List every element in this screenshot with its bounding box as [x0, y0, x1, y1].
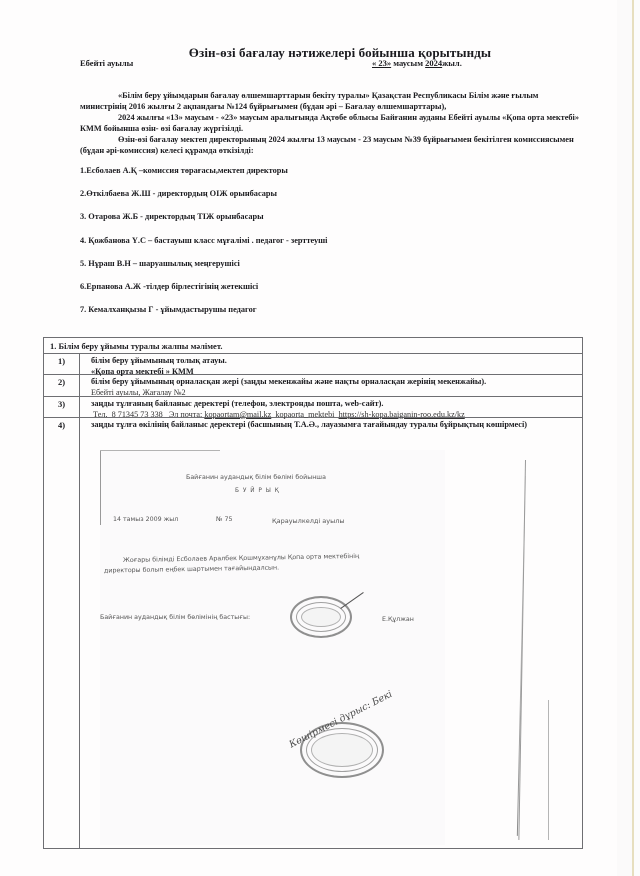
- row-number: 1): [44, 354, 80, 374]
- document-date: « 23» маусым 2024жыл.: [372, 58, 462, 68]
- signature-stroke: [340, 592, 364, 609]
- row-question: заңды тұлғаның байланыс деректері (телеф…: [91, 399, 577, 410]
- row-question: заңды тұлға өкілінің байланыс деректері …: [91, 420, 577, 431]
- table-header-row: 1. Білім беру ұйымы туралы жалпы мәлімет…: [44, 338, 582, 354]
- order-doc-type: Б У Й Р Ы Қ: [235, 488, 280, 494]
- commission-member: 2.Өткілбаева Ж.Ш - директордың ОІЖ орынб…: [80, 189, 277, 198]
- page-margin: [634, 0, 640, 876]
- row-content: заңды тұлғаның байланыс деректері (телеф…: [80, 397, 582, 417]
- official-seal-icon: [290, 596, 352, 638]
- row-number: 3): [44, 397, 80, 417]
- intro-text-3: Өзін-өзі бағалау мектеп директорының 202…: [80, 135, 574, 155]
- village-name: Ебейті ауылы: [80, 58, 133, 68]
- table-row: 2) білім беру ұйымының орналасқан жері (…: [44, 375, 582, 397]
- table-header: 1. Білім беру ұйымы туралы жалпы мәлімет…: [44, 338, 582, 354]
- table-row: 3) заңды тұлғаның байланыс деректері (те…: [44, 397, 582, 418]
- order-place: Қарауылкелді ауылы: [272, 517, 345, 525]
- scan-frame: [100, 450, 101, 525]
- intro-text-1: «Білім беру ұйымдарын бағалау өлшемшартт…: [80, 91, 538, 111]
- order-body-line-2: директоры болып еңбек шартымен тағайында…: [104, 564, 279, 574]
- row-number: 4): [44, 418, 80, 848]
- row-question: білім беру ұйымының толық атауы.: [91, 356, 577, 367]
- commission-member: 1.Есболаев А.Қ –комиссия төрағасы,мектеп…: [80, 166, 288, 175]
- commission-member: 6.Ерпанова А.Ж -тілдер бірлестігінің жет…: [80, 282, 258, 291]
- table-row: 1) білім беру ұйымының толық атауы. «Қоп…: [44, 354, 582, 375]
- row-content: білім беру ұйымының толық атауы. «Қопа о…: [80, 354, 582, 374]
- order-body-line-1: Жоғары білімді Есболаев Аралбек Қошмұхан…: [123, 553, 359, 564]
- order-number: № 75: [216, 516, 233, 523]
- order-date: 14 тамыз 2009 жыл: [113, 516, 178, 523]
- scan-frame: [100, 450, 220, 451]
- intro-text-2: 2024 жылғы «13» маусым - «23» маусым ара…: [80, 113, 579, 133]
- row-question: білім беру ұйымының орналасқан жері (заң…: [91, 377, 577, 388]
- order-department: Байғанин аудандық білім бөлімі бойынша: [186, 474, 326, 481]
- page-border: [617, 0, 634, 876]
- order-signatory-title: Байғанин аудандық білім бөлімінің бастығ…: [100, 614, 250, 621]
- row-number: 2): [44, 375, 80, 396]
- commission-member: 5. Нұраш В.Н – шаруашылық меңгерушісі: [80, 259, 240, 268]
- date-day: « 23»: [372, 58, 391, 68]
- commission-member: 3. Отарова Ж.Б - директордың ТІЖ орынбас…: [80, 212, 264, 221]
- date-suffix: жыл.: [442, 58, 462, 68]
- date-month: маусым: [391, 58, 425, 68]
- intro-paragraph-3: Өзін-өзі бағалау мектеп директорының 202…: [80, 134, 580, 156]
- date-year: 2024: [425, 58, 442, 68]
- scan-edge-line: [548, 700, 549, 840]
- row-content: білім беру ұйымының орналасқан жері (заң…: [80, 375, 582, 396]
- commission-member: 7. Кемалханқызы Г - ұйымдастырушы педаго…: [80, 305, 256, 314]
- intro-paragraph-2: 2024 жылғы «13» маусым - «23» маусым ара…: [80, 112, 580, 134]
- intro-paragraph-1: «Білім беру ұйымдарын бағалау өлшемшартт…: [80, 90, 580, 112]
- commission-member: 4. Қожбанова Ү.С – бастауыш класс мұғалі…: [80, 236, 327, 245]
- order-signatory-name: Е.Құлжан: [382, 616, 414, 623]
- scanned-order-image: Байғанин аудандық білім бөлімі бойынша Б…: [100, 450, 445, 845]
